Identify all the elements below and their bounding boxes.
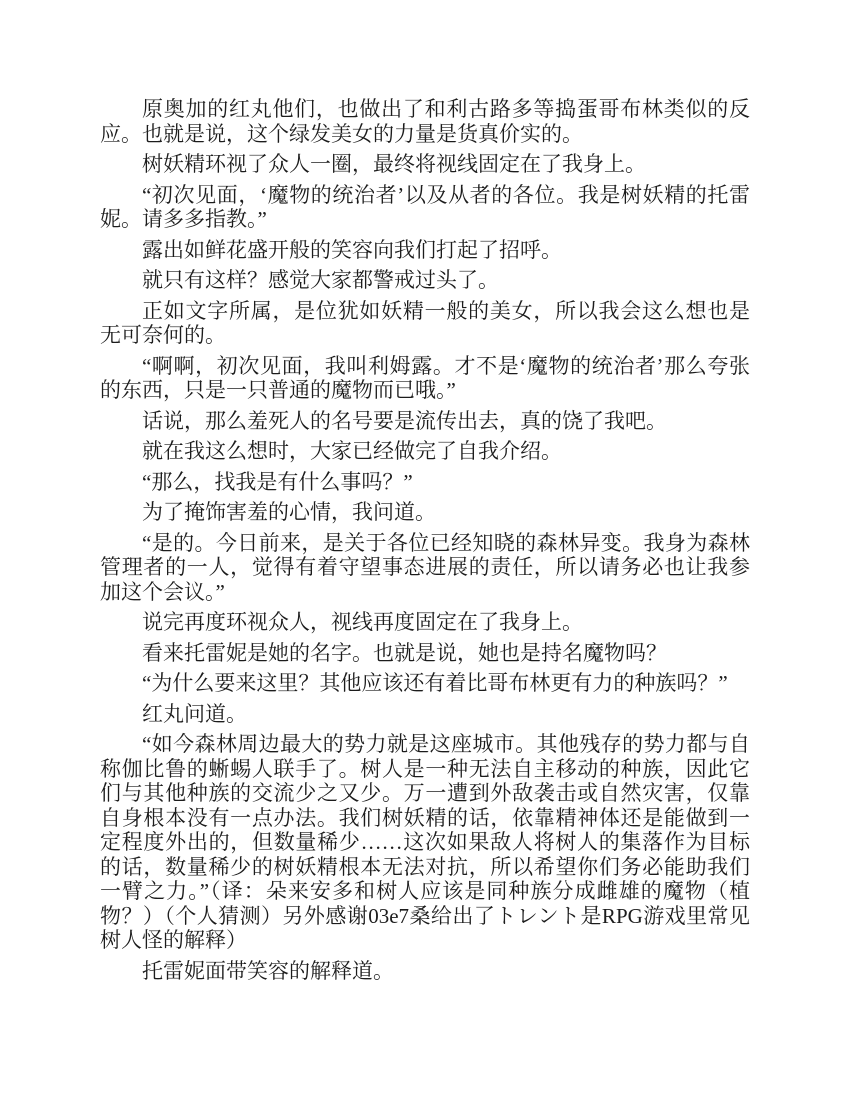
paragraph: 托雷妮面带笑容的解释道。 — [100, 959, 750, 984]
text-content: 原奥加的红丸他们，也做出了和利古路多等捣蛋哥布林类似的反应。也就是说，这个绿发美… — [100, 97, 750, 983]
paragraph: “那么，找我是有什么事吗？” — [100, 470, 750, 495]
paragraph: 原奥加的红丸他们，也做出了和利古路多等捣蛋哥布林类似的反应。也就是说，这个绿发美… — [100, 97, 750, 146]
paragraph: 露出如鲜花盛开般的笑容向我们打起了招呼。 — [100, 238, 750, 263]
paragraph: 说完再度环视众人，视线再度固定在了我身上。 — [100, 610, 750, 635]
paragraph: “是的。今日前来，是关于各位已经知晓的森林异变。我身为森林管理者的一人，觉得有着… — [100, 531, 750, 605]
paragraph: 红丸问道。 — [100, 702, 750, 727]
paragraph: 看来托雷妮是她的名字。也就是说，她也是持名魔物吗？ — [100, 641, 750, 666]
paragraph: “如今森林周边最大的势力就是这座城市。其他残存的势力都与自称伽比鲁的蜥蜴人联手了… — [100, 732, 750, 953]
paragraph: “初次见面，‘魔物的统治者’以及从者的各位。我是树妖精的托雷妮。请多多指教。” — [100, 183, 750, 232]
paragraph: 树妖精环视了众人一圈，最终将视线固定在了我身上。 — [100, 152, 750, 177]
paragraph: “为什么要来这里？其他应该还有着比哥布林更有力的种族吗？” — [100, 671, 750, 696]
document-page: 原奥加的红丸他们，也做出了和利古路多等捣蛋哥布林类似的反应。也就是说，这个绿发美… — [0, 0, 850, 1100]
paragraph: 为了掩饰害羞的心情，我问道。 — [100, 500, 750, 525]
paragraph: “啊啊，初次见面，我叫利姆露。才不是‘魔物的统治者’那么夸张的东西，只是一只普通… — [100, 354, 750, 403]
paragraph: 就只有这样？感觉大家都警戒过头了。 — [100, 268, 750, 293]
paragraph: 话说，那么羞死人的名号要是流传出去，真的饶了我吧。 — [100, 409, 750, 434]
paragraph: 就在我这么想时，大家已经做完了自我介绍。 — [100, 439, 750, 464]
paragraph: 正如文字所属，是位犹如妖精一般的美女，所以我会这么想也是无可奈何的。 — [100, 299, 750, 348]
